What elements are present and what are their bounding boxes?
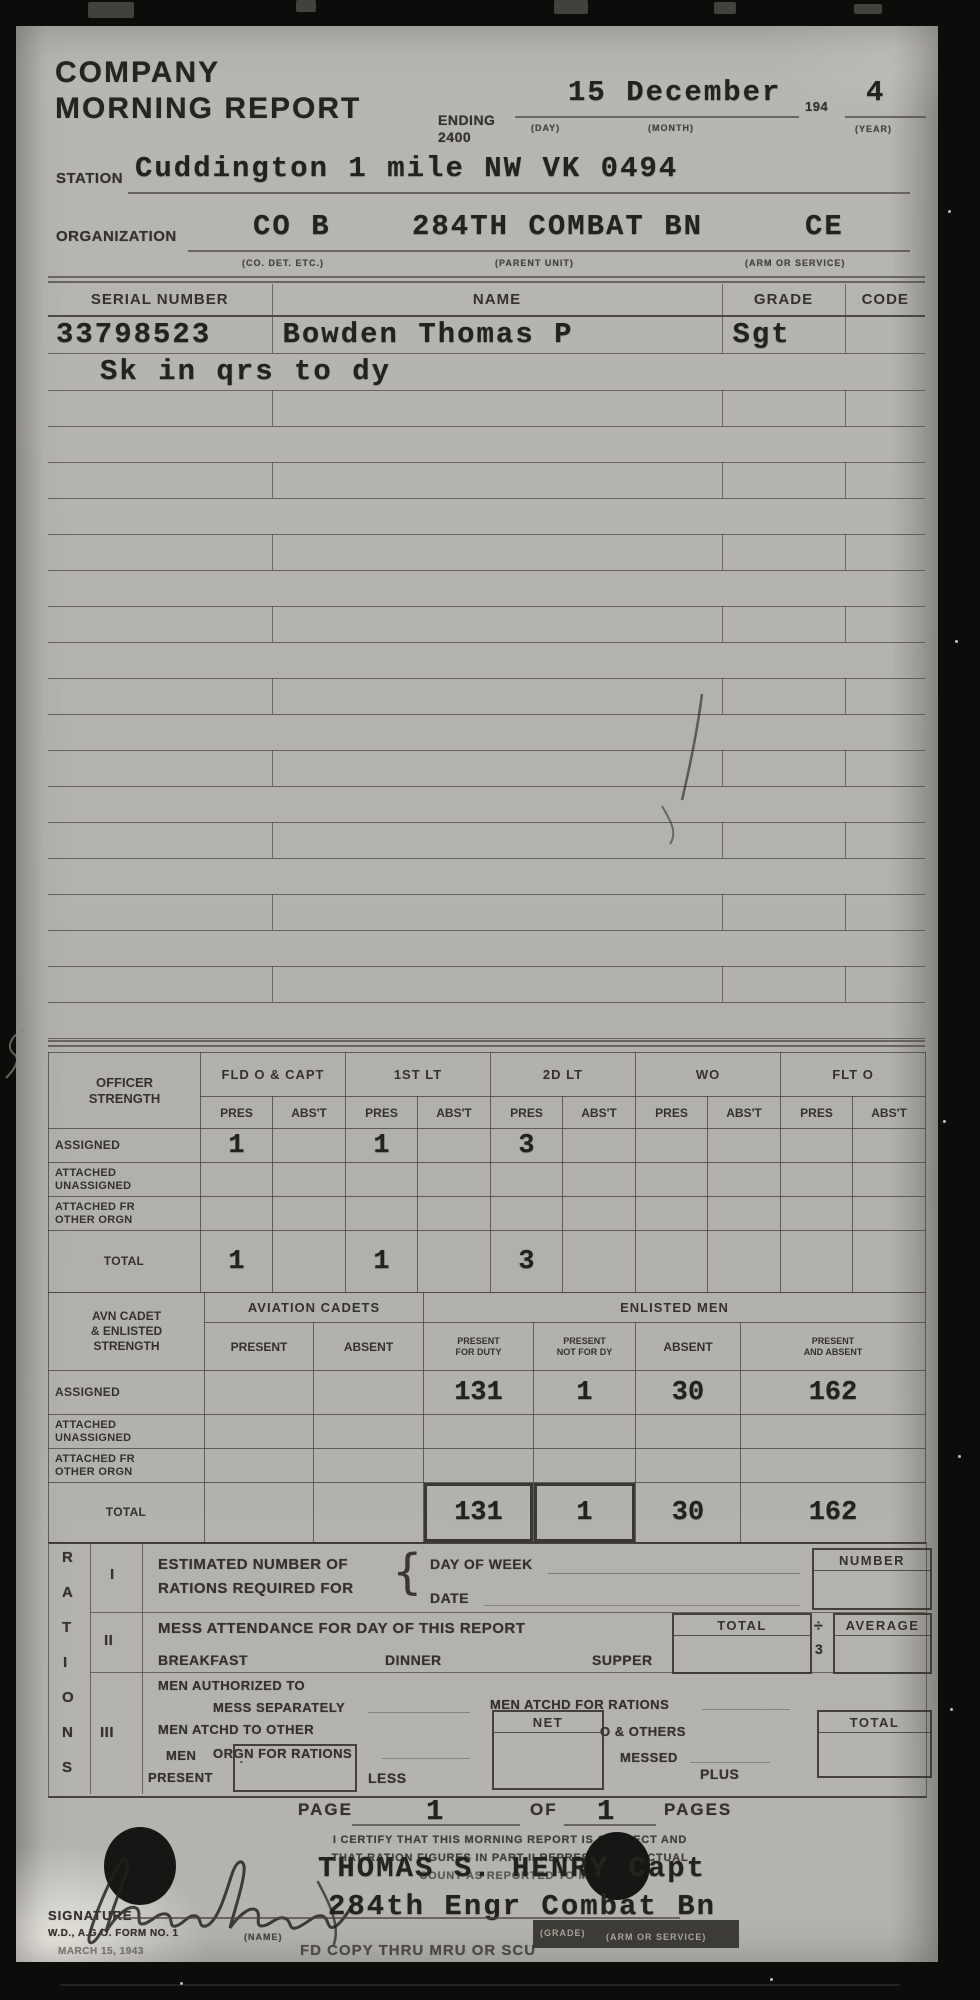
men-present-line1: MEN — [166, 1748, 196, 1763]
present-not-for-duty-header: PRESENT NOT FOR DY — [534, 1323, 636, 1371]
total-present-not-for-duty: 1 — [576, 1498, 592, 1528]
rule — [48, 276, 925, 278]
average-box-label: AVERAGE — [835, 1615, 930, 1636]
group-2d-lt: 2D LT — [491, 1053, 636, 1097]
empty-cell — [722, 534, 845, 570]
empty-cell — [48, 678, 272, 714]
mess-separately-blank — [368, 1712, 470, 1713]
header-line: PRESENT — [812, 1336, 855, 1346]
ending-time: 2400 — [438, 129, 471, 145]
orgn-rations-blank — [382, 1758, 470, 1759]
empty-cell — [418, 1197, 491, 1231]
film-artifact — [714, 2, 736, 14]
net-box: NET — [492, 1710, 604, 1790]
empty-cell — [48, 786, 925, 822]
empty-cell — [48, 606, 272, 642]
empty-cell — [636, 1197, 708, 1231]
arm-service-sublabel-footer: (ARM OR SERVICE) — [606, 1932, 706, 1942]
officer-title-line2: STRENGTH — [89, 1091, 161, 1106]
rations-divider — [90, 1542, 91, 1794]
dinner-label: DINNER — [385, 1652, 442, 1668]
col-grade: GRADE — [722, 284, 845, 316]
typed-certifier-name: THOMAS S. HENRY Capt — [318, 1852, 706, 1885]
of-label: OF — [530, 1800, 558, 1820]
empty-cell — [722, 894, 845, 930]
empty-cell — [781, 1197, 853, 1231]
empty-cell — [845, 966, 925, 1002]
roster-empty-row — [48, 930, 925, 966]
net-box-label: NET — [494, 1712, 602, 1733]
film-artifact — [296, 0, 316, 12]
abst-header: ABS'T — [563, 1097, 636, 1129]
roster-empty-row — [48, 786, 925, 822]
empty-cell — [314, 1371, 424, 1415]
date-blank — [484, 1605, 800, 1606]
empty-cell — [722, 678, 845, 714]
empty-cell — [722, 462, 845, 498]
header-line: AND ABSENT — [804, 1347, 863, 1357]
assigned-present-not-for-duty: 1 — [576, 1378, 592, 1408]
empty-cell — [272, 606, 722, 642]
film-speck — [955, 640, 958, 643]
empty-cell — [722, 822, 845, 858]
roster-empty-row — [48, 714, 925, 750]
empty-cell — [418, 1231, 491, 1293]
enlisted-strength-title: AVN CADET & ENLISTED STRENGTH — [49, 1293, 205, 1371]
present-and-absent-header: PRESENT AND ABSENT — [741, 1323, 926, 1371]
mess-attendance-label: MESS ATTENDANCE FOR DAY OF THIS REPORT — [158, 1620, 525, 1637]
empty-cell — [708, 1197, 781, 1231]
section-iii-numeral: III — [100, 1724, 114, 1741]
roster-empty-row — [48, 1002, 925, 1038]
abst-header: ABS'T — [853, 1097, 926, 1129]
organization-underline — [188, 250, 910, 252]
scanned-morning-report: COMPANY MORNING REPORT ENDING 2400 15 De… — [0, 0, 980, 2000]
date-label: DATE — [430, 1590, 469, 1606]
total-present-for-duty: 131 — [454, 1498, 503, 1528]
signature-line — [118, 1917, 680, 1919]
officer-attached-fr-row: ATTACHED FR OTHER ORGN — [49, 1197, 926, 1231]
empty-cell — [314, 1449, 424, 1483]
rations-letter: A — [62, 1584, 73, 1601]
empty-cell — [845, 534, 925, 570]
rule — [48, 1040, 925, 1042]
abst-header: ABS'T — [273, 1097, 346, 1129]
empty-cell — [48, 642, 925, 678]
empty-cell — [853, 1197, 926, 1231]
empty-cell — [853, 1163, 926, 1197]
rations-letter: S — [62, 1759, 73, 1776]
film-artifact — [554, 0, 588, 14]
empty-cell — [48, 462, 272, 498]
officer-attached-unassigned-row: ATTACHED UNASSIGNED — [49, 1163, 926, 1197]
pages-label: PAGES — [664, 1800, 732, 1820]
empty-cell — [424, 1415, 534, 1449]
empty-cell — [48, 750, 272, 786]
assigned-present-for-duty: 131 — [454, 1378, 503, 1408]
messed-label: MESSED — [620, 1750, 678, 1765]
assigned-label: ASSIGNED — [49, 1371, 205, 1415]
roster-empty-row — [48, 570, 925, 606]
day-sublabel: (DAY) — [531, 123, 560, 133]
officer-assigned-2lt-pres: 3 — [518, 1131, 534, 1161]
header-line: PRESENT — [457, 1336, 500, 1346]
roster-empty-row — [48, 606, 925, 642]
empty-cell — [845, 390, 925, 426]
empty-cell — [48, 858, 925, 894]
roster-empty-row — [48, 966, 925, 1002]
empty-cell — [708, 1231, 781, 1293]
roster-empty-row — [48, 498, 925, 534]
empty-cell — [205, 1415, 314, 1449]
year-underline — [845, 116, 926, 118]
roster-remark-row: Sk in qrs to dy — [48, 353, 925, 390]
empty-cell — [722, 966, 845, 1002]
empty-cell — [563, 1197, 636, 1231]
col-serial-number: SERIAL NUMBER — [48, 284, 272, 316]
enlisted-total-row: TOTAL 131 1 30 162 — [49, 1483, 926, 1543]
label-line: ATTACHED — [55, 1419, 116, 1431]
empty-cell — [741, 1415, 926, 1449]
roster-empty-row — [48, 534, 925, 570]
empty-cell — [491, 1163, 563, 1197]
officer-total-fld-pres: 1 — [228, 1247, 244, 1277]
men-present-box: : — [233, 1744, 357, 1792]
roster-empty-row — [48, 750, 925, 786]
empty-cell — [205, 1449, 314, 1483]
group-flt-o: FLT O — [781, 1053, 926, 1097]
empty-cell — [845, 462, 925, 498]
group-aviation-cadets: AVIATION CADETS — [205, 1293, 424, 1323]
empty-cell — [273, 1163, 346, 1197]
roster-empty-row — [48, 678, 925, 714]
officer-total-2lt-pres: 3 — [518, 1247, 534, 1277]
roster-table: SERIAL NUMBER NAME GRADE CODE 33798523 B… — [48, 284, 925, 1039]
empty-cell — [845, 678, 925, 714]
total-absent: 30 — [672, 1498, 704, 1528]
title-line: STRENGTH — [94, 1339, 160, 1353]
film-speck — [958, 1455, 961, 1458]
pres-header: PRES — [201, 1097, 273, 1129]
empty-cell — [781, 1163, 853, 1197]
empty-cell — [272, 966, 722, 1002]
pen-slash-mark — [650, 688, 720, 848]
empty-cell — [48, 390, 272, 426]
cadets-absent-header: ABSENT — [314, 1323, 424, 1371]
arm-service-sublabel: (ARM OR SERVICE) — [745, 258, 845, 268]
plus-label: PLUS — [700, 1766, 739, 1782]
section-i-numeral: I — [110, 1566, 115, 1583]
title-line: & ENLISTED — [91, 1324, 162, 1338]
empty-cell — [272, 534, 722, 570]
empty-cell — [491, 1197, 563, 1231]
present-for-duty-header: PRESENT FOR DUTY — [424, 1323, 534, 1371]
form-title-line2: MORNING REPORT — [55, 92, 361, 126]
mess-total-box-label: TOTAL — [674, 1615, 810, 1636]
signature-label: SIGNATURE — [48, 1908, 133, 1923]
label-line: UNASSIGNED — [55, 1180, 131, 1192]
header-line: PRESENT — [563, 1336, 606, 1346]
ending-label: ENDING — [438, 112, 495, 128]
roster-empty-row — [48, 858, 925, 894]
supper-label: SUPPER — [592, 1652, 653, 1668]
officer-strength-title: OFFICER STRENGTH — [49, 1053, 201, 1129]
group-wo: WO — [636, 1053, 781, 1097]
brace-glyph: { — [392, 1544, 423, 1600]
year-sublabel: (YEAR) — [855, 124, 892, 134]
empty-cell — [722, 390, 845, 426]
roster-entry-row: 33798523 Bowden Thomas P Sgt — [48, 316, 925, 353]
officer-assigned-row: ASSIGNED 1 1 3 — [49, 1129, 926, 1163]
o-and-others-label: O & OTHERS — [600, 1724, 686, 1739]
label-line: UNASSIGNED — [55, 1432, 131, 1444]
empty-cell — [273, 1129, 346, 1163]
section-ii-numeral: II — [104, 1632, 113, 1649]
empty-cell — [48, 498, 925, 534]
pages-value: 1 — [597, 1795, 616, 1828]
rations-letter: T — [62, 1619, 72, 1636]
empty-cell — [205, 1483, 314, 1543]
abst-header: ABS'T — [418, 1097, 491, 1129]
empty-cell — [534, 1415, 636, 1449]
total-label: TOTAL — [49, 1231, 201, 1293]
label-line: ATTACHED — [55, 1167, 116, 1179]
label-line: ATTACHED FR — [55, 1201, 135, 1213]
empty-cell — [845, 606, 925, 642]
empty-cell — [845, 822, 925, 858]
empty-cell — [48, 426, 925, 462]
average-box: AVERAGE — [833, 1613, 932, 1674]
empty-cell — [741, 1449, 926, 1483]
empty-cell — [722, 606, 845, 642]
number-box: NUMBER — [812, 1548, 932, 1610]
attached-unassigned-label: ATTACHED UNASSIGNED — [49, 1415, 205, 1449]
roster-empty-row — [48, 390, 925, 426]
officer-total-1lt-pres: 1 — [373, 1247, 389, 1277]
empty-cell — [853, 1129, 926, 1163]
day-of-week-label: DAY OF WEEK — [430, 1556, 533, 1572]
divide-by-three: 3 — [815, 1641, 823, 1657]
mess-separately-label: MESS SEPARATELY — [213, 1700, 345, 1715]
form-date: MARCH 15, 1943 — [58, 1946, 144, 1957]
date-value: 15 December — [568, 76, 781, 109]
roster-empty-row — [48, 426, 925, 462]
film-artifact — [88, 2, 134, 18]
empty-cell — [781, 1129, 853, 1163]
organization-arm: CE — [805, 210, 844, 243]
film-artifact — [854, 4, 882, 14]
empty-cell — [272, 462, 722, 498]
group-enlisted-men: ENLISTED MEN — [424, 1293, 926, 1323]
station-underline — [128, 192, 910, 194]
abst-header: ABS'T — [708, 1097, 781, 1129]
assigned-present-and-absent: 162 — [809, 1378, 858, 1408]
form-number: W.D., A.G.O. FORM NO. 1 — [48, 1928, 179, 1939]
empty-cell — [346, 1163, 418, 1197]
entry-serial: 33798523 — [48, 316, 272, 353]
officer-title-line1: OFFICER — [96, 1075, 153, 1090]
roster-empty-row — [48, 822, 925, 858]
empty-cell — [636, 1231, 708, 1293]
pen-colon-mark: : — [239, 1750, 244, 1766]
grade-sublabel: (GRADE) — [540, 1928, 586, 1938]
name-sublabel: (NAME) — [244, 1932, 283, 1942]
men-authorized-line1: MEN AUTHORIZED TO — [158, 1678, 305, 1693]
roster-empty-row — [48, 642, 925, 678]
empty-cell — [48, 894, 272, 930]
header-line: FOR DUTY — [456, 1347, 502, 1357]
attached-fr-label: ATTACHED FR OTHER ORGN — [49, 1197, 201, 1231]
station-value: Cuddington 1 mile NW VK 0494 — [135, 152, 678, 185]
empty-cell — [708, 1163, 781, 1197]
entry-remark: Sk in qrs to dy — [48, 353, 925, 390]
empty-cell — [636, 1129, 708, 1163]
empty-cell — [563, 1231, 636, 1293]
empty-cell — [845, 750, 925, 786]
divide-sign: ÷ — [814, 1618, 823, 1636]
rations-letter: N — [62, 1724, 73, 1741]
rations-total-box: TOTAL — [817, 1710, 932, 1778]
men-atchd-blank — [702, 1709, 790, 1710]
estimated-rations-line1: ESTIMATED NUMBER OF — [158, 1556, 348, 1573]
organization-company: CO B — [253, 210, 331, 243]
roster-empty-row — [48, 462, 925, 498]
attached-unassigned-label: ATTACHED UNASSIGNED — [49, 1163, 201, 1197]
total-present-and-absent: 162 — [809, 1498, 858, 1528]
enlisted-attached-unassigned-row: ATTACHED UNASSIGNED — [49, 1415, 926, 1449]
certification-line1: I CERTIFY THAT THIS MORNING REPORT IS CO… — [280, 1834, 740, 1846]
enlisted-strength-table: AVN CADET & ENLISTED STRENGTH AVIATION C… — [48, 1292, 926, 1543]
empty-cell — [845, 894, 925, 930]
empty-cell — [48, 822, 272, 858]
roster-header-row: SERIAL NUMBER NAME GRADE CODE — [48, 284, 925, 316]
roster-empty-row — [48, 894, 925, 930]
month-sublabel: (MONTH) — [648, 123, 694, 133]
date-underline — [515, 116, 799, 118]
edge-pen-mark — [2, 1026, 32, 1082]
empty-cell — [563, 1163, 636, 1197]
assigned-absent: 30 — [672, 1378, 704, 1408]
empty-cell — [346, 1197, 418, 1231]
enlisted-absent-header: ABSENT — [636, 1323, 741, 1371]
empty-cell — [48, 1002, 925, 1038]
enlisted-attached-fr-row: ATTACHED FR OTHER ORGN — [49, 1449, 926, 1483]
group-fld-o-capt: FLD O & CAPT — [201, 1053, 346, 1097]
empty-cell — [48, 570, 925, 606]
page-value: 1 — [426, 1795, 445, 1828]
pres-header: PRES — [491, 1097, 563, 1129]
pres-header: PRES — [346, 1097, 418, 1129]
empty-cell — [48, 714, 925, 750]
header-line: NOT FOR DY — [557, 1347, 613, 1357]
entry-grade: Sgt — [722, 316, 845, 353]
officer-assigned-fld-pres: 1 — [228, 1131, 244, 1161]
title-line: AVN CADET — [92, 1309, 161, 1323]
estimated-rations-line2: RATIONS REQUIRED FOR — [158, 1580, 354, 1597]
pres-header: PRES — [636, 1097, 708, 1129]
men-present-line2: PRESENT — [148, 1770, 213, 1785]
empty-cell — [314, 1483, 424, 1543]
empty-cell — [314, 1415, 424, 1449]
officer-total-row: TOTAL 1 1 3 — [49, 1231, 926, 1293]
men-atchd-other-line1: MEN ATCHD TO OTHER — [158, 1722, 314, 1737]
officer-assigned-1lt-pres: 1 — [373, 1131, 389, 1161]
empty-cell — [48, 966, 272, 1002]
col-name: NAME — [272, 284, 722, 316]
enlisted-assigned-row: ASSIGNED 131 1 30 162 — [49, 1371, 926, 1415]
form-title-line1: COMPANY — [55, 56, 220, 90]
mess-total-box: TOTAL — [672, 1613, 812, 1674]
messed-blank — [690, 1762, 770, 1763]
entry-code — [845, 316, 925, 353]
year-typed: 4 — [866, 76, 885, 109]
label-line: OTHER ORGN — [55, 1214, 133, 1226]
empty-cell — [48, 534, 272, 570]
empty-cell — [418, 1129, 491, 1163]
empty-cell — [636, 1449, 741, 1483]
empty-cell — [418, 1163, 491, 1197]
group-1st-lt: 1ST LT — [346, 1053, 491, 1097]
film-scratch — [60, 1984, 900, 1986]
empty-cell — [722, 750, 845, 786]
assigned-label: ASSIGNED — [49, 1129, 201, 1163]
film-speck — [770, 1978, 773, 1981]
year-printed: 194 — [805, 99, 828, 114]
organization-parent: 284TH COMBAT BN — [412, 210, 703, 243]
routing-note: FD COPY THRU MRU OR SCU — [300, 1942, 536, 1959]
empty-cell — [272, 390, 722, 426]
empty-cell — [272, 894, 722, 930]
empty-cell — [424, 1449, 534, 1483]
officer-strength-table: OFFICER STRENGTH FLD O & CAPT 1ST LT 2D … — [48, 1052, 926, 1293]
enlisted-group-header-row: AVN CADET & ENLISTED STRENGTH AVIATION C… — [49, 1293, 926, 1323]
rations-letter: O — [62, 1689, 74, 1706]
film-speck — [948, 210, 951, 213]
rations-total-box-label: TOTAL — [819, 1712, 930, 1733]
empty-cell — [205, 1371, 314, 1415]
empty-cell — [534, 1449, 636, 1483]
empty-cell — [201, 1197, 273, 1231]
rations-divider — [142, 1542, 143, 1794]
less-label: LESS — [368, 1770, 407, 1786]
rations-letter: R — [62, 1549, 73, 1566]
col-code: CODE — [845, 284, 925, 316]
attached-fr-label: ATTACHED FR OTHER ORGN — [49, 1449, 205, 1483]
station-label: STATION — [56, 170, 123, 187]
breakfast-label: BREAKFAST — [158, 1652, 248, 1668]
entry-name: Bowden Thomas P — [272, 316, 722, 353]
empty-cell — [273, 1231, 346, 1293]
empty-cell — [636, 1163, 708, 1197]
organization-label: ORGANIZATION — [56, 228, 177, 245]
rations-letter: I — [63, 1654, 68, 1671]
empty-cell — [781, 1231, 853, 1293]
empty-cell — [48, 930, 925, 966]
cadets-present-header: PRESENT — [205, 1323, 314, 1371]
rule — [48, 1045, 925, 1047]
parent-unit-sublabel: (PARENT UNIT) — [495, 258, 574, 268]
total-label: TOTAL — [49, 1483, 205, 1543]
empty-cell — [273, 1197, 346, 1231]
rule — [48, 281, 925, 283]
empty-cell — [853, 1231, 926, 1293]
empty-cell — [201, 1163, 273, 1197]
co-det-sublabel: (CO. DET. ETC.) — [242, 258, 324, 268]
empty-cell — [636, 1415, 741, 1449]
number-box-label: NUMBER — [814, 1550, 930, 1571]
page-label: PAGE — [298, 1800, 353, 1820]
film-speck — [943, 1120, 946, 1123]
